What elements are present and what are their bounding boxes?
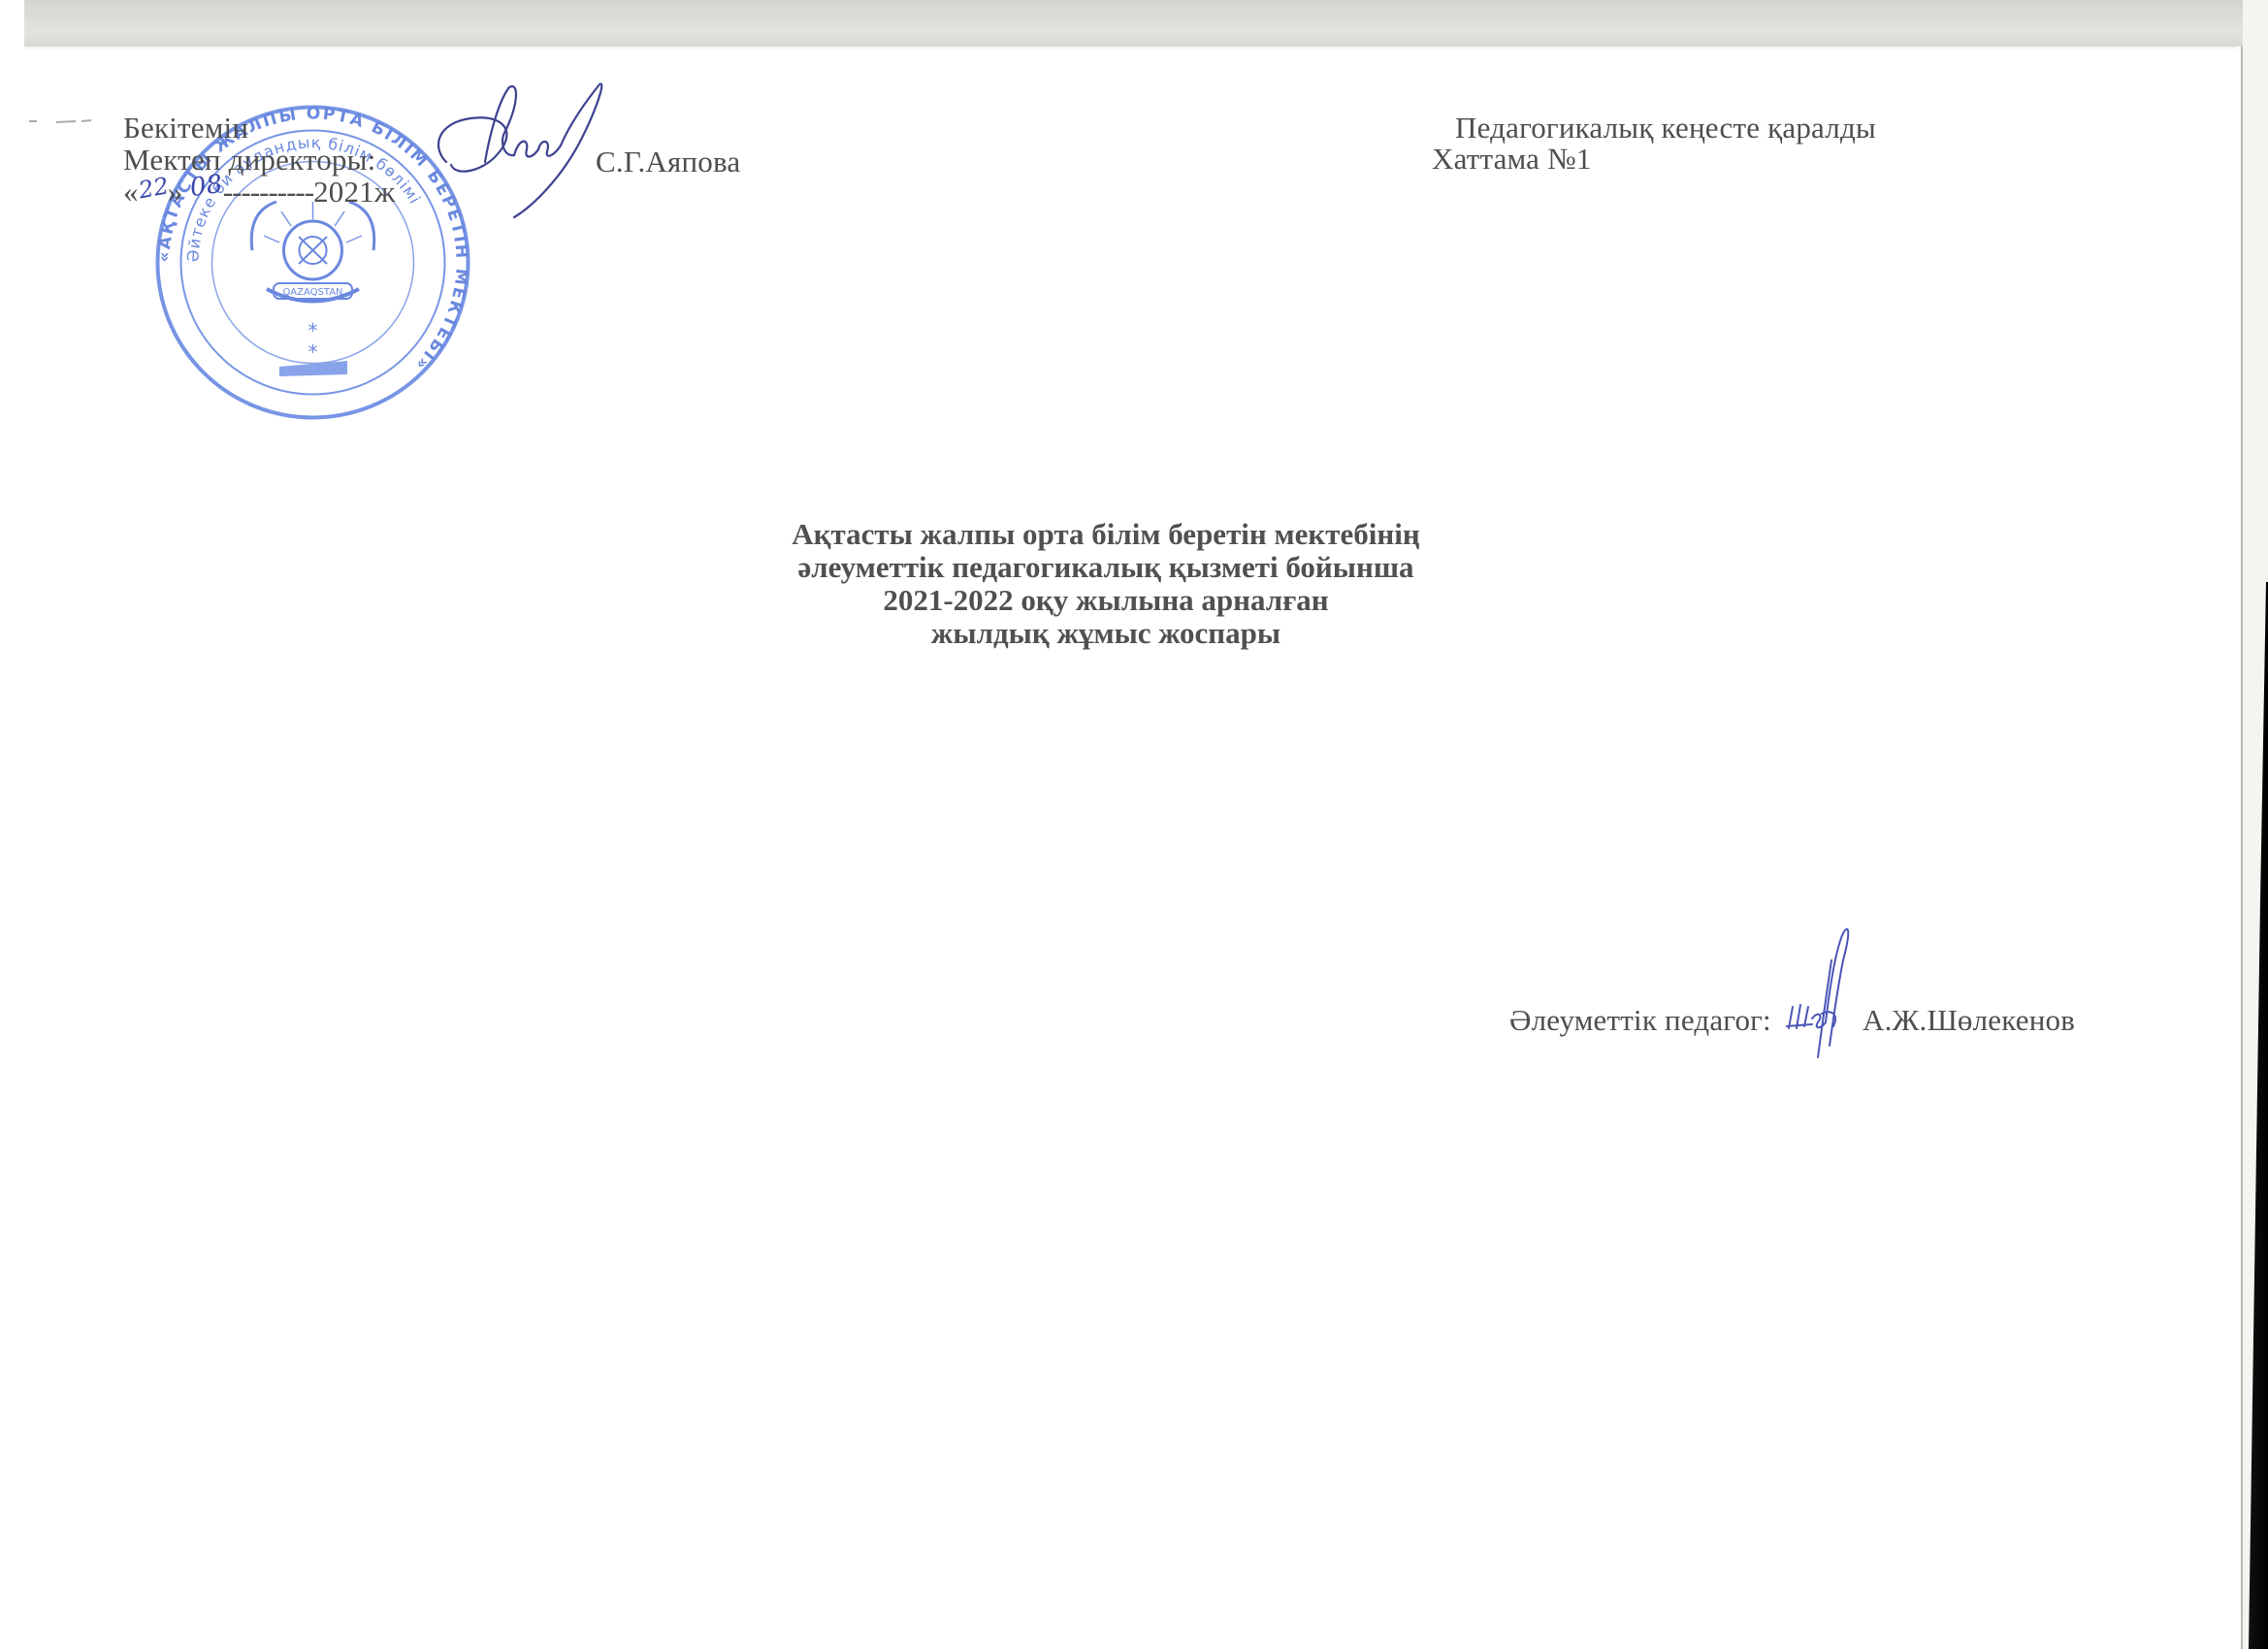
protocol-number: Хаттама №1 xyxy=(1432,144,1592,175)
title-line-1: Ақтасты жалпы орта білім беретін мектебі… xyxy=(0,518,2212,551)
director-name: С.Г.Аяпова xyxy=(596,146,740,178)
title-line-2: әлеуметтік педагогикалық қызметі бойынша xyxy=(0,551,2212,584)
social-pedagogue-name: А.Ж.Шөлекенов xyxy=(1863,1005,2075,1036)
margin-mark xyxy=(27,114,95,120)
director-signature-icon xyxy=(427,80,611,225)
stamp-center-label: QAZAQSTAN xyxy=(282,287,342,298)
scanned-document-page: «АҚТАСТЫ ЖАЛПЫ ОРТА БІЛІМ БЕРЕТІН МЕКТЕБ… xyxy=(0,0,2268,1649)
svg-text:*: * xyxy=(308,340,318,364)
date-close-quote: » xyxy=(168,175,183,209)
council-review-line: Педагогикалық кеңесте қаралды xyxy=(1455,113,1876,144)
title-line-4: жылдық жұмыс жоспары xyxy=(0,617,2212,650)
pedagogue-signature-icon xyxy=(1783,921,1861,1067)
title-line-3: 2021-2022 оқу жылына арналған xyxy=(0,584,2212,617)
document-title: Ақтасты жалпы орта білім беретін мектебі… xyxy=(0,518,2212,650)
page-top-edge xyxy=(24,47,2236,50)
page-right-edge xyxy=(2241,47,2243,1649)
approval-date: «22» 08----------2021ж xyxy=(123,177,396,210)
date-day: 22 xyxy=(136,171,170,207)
date-year: 2021ж xyxy=(313,175,395,209)
date-month: 08 xyxy=(188,169,225,204)
scanner-top-band xyxy=(24,0,2268,47)
approval-label: Бекітемін xyxy=(123,113,248,144)
date-dashes: ---------- xyxy=(223,175,313,209)
social-pedagogue-role: Әлеуметтік педагог: xyxy=(1509,1005,1771,1036)
svg-text:*: * xyxy=(308,319,318,342)
